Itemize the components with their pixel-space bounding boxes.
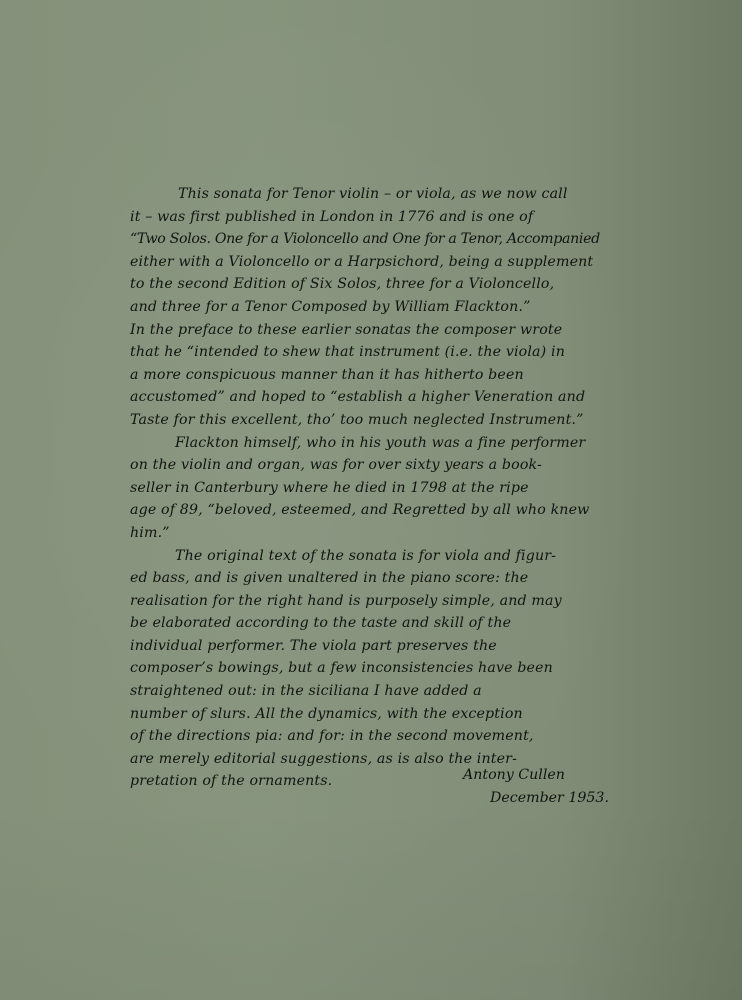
text-line: Flackton himself, who in his youth was a… (130, 432, 665, 455)
text-line: ed bass, and is given unaltered in the p… (130, 567, 665, 590)
text-line: “Two Solos. One for a Violoncello and On… (130, 228, 665, 251)
signature-date: December 1953. (490, 790, 609, 806)
text-line: a more conspicuous manner than it has hi… (130, 364, 665, 387)
text-line: are merely editorial suggestions, as is … (130, 748, 665, 771)
text-line: individual performer. The viola part pre… (130, 635, 665, 658)
text-line: accustomed” and hoped to “establish a hi… (130, 386, 665, 409)
handwritten-preface: This sonata for Tenor violin – or viola,… (130, 183, 665, 793)
text-line: straightened out: in the siciliana I hav… (130, 680, 665, 703)
text-line: and three for a Tenor Composed by Willia… (130, 296, 665, 319)
text-line: This sonata for Tenor violin – or viola,… (130, 183, 665, 206)
text-line: seller in Canterbury where he died in 17… (130, 477, 665, 500)
text-line: composer’s bowings, but a few inconsiste… (130, 657, 665, 680)
manuscript-page: This sonata for Tenor violin – or viola,… (0, 0, 742, 1000)
text-line: that he “intended to shew that instrumen… (130, 341, 665, 364)
text-line: either with a Violoncello or a Harpsicho… (130, 251, 665, 274)
text-line: In the preface to these earlier sonatas … (130, 319, 665, 342)
text-line: realisation for the right hand is purpos… (130, 590, 665, 613)
signature-name: Antony Cullen (463, 767, 565, 783)
text-line: The original text of the sonata is for v… (130, 545, 665, 568)
text-line: age of 89, “beloved, esteemed, and Regre… (130, 499, 665, 522)
text-line: it – was first published in London in 17… (130, 206, 665, 229)
text-line: to the second Edition of Six Solos, thre… (130, 273, 665, 296)
text-line: be elaborated according to the taste and… (130, 612, 665, 635)
text-line: him.” (130, 522, 665, 545)
text-line: of the directions pia: and for: in the s… (130, 725, 665, 748)
text-line: Taste for this excellent, tho’ too much … (130, 409, 665, 432)
text-line: number of slurs. All the dynamics, with … (130, 703, 665, 726)
text-line: on the violin and organ, was for over si… (130, 454, 665, 477)
